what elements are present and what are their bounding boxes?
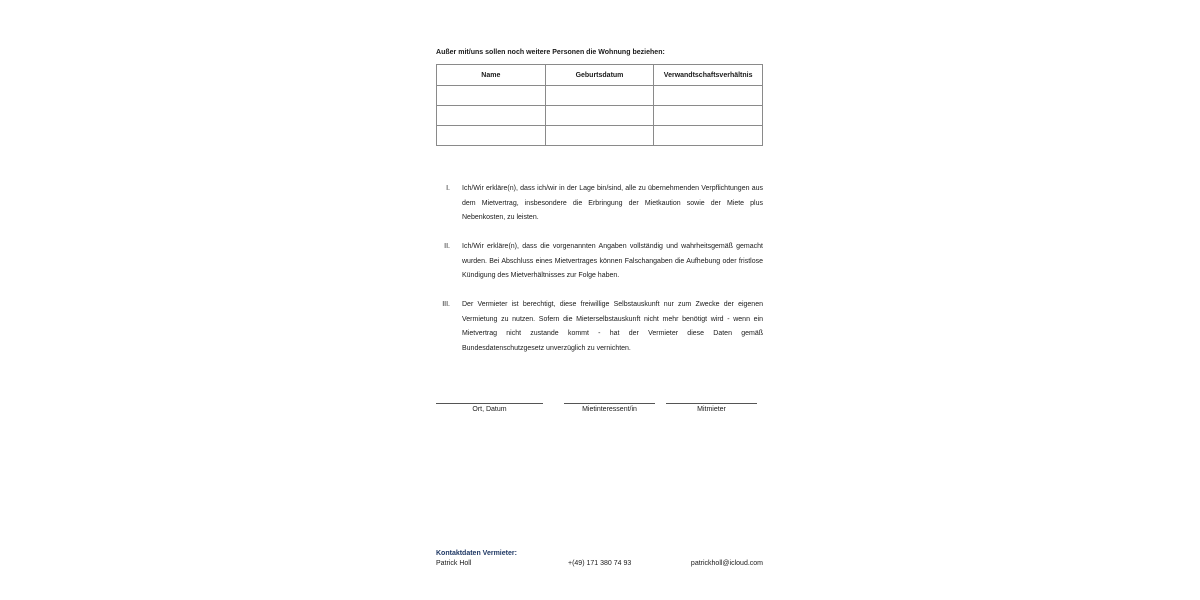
table-cell-name[interactable] <box>437 106 546 126</box>
signature-label-place-date: Ort, Datum <box>436 406 543 413</box>
additional-persons-table: Name Geburtsdatum Verwandtschaftsverhält… <box>436 64 763 146</box>
table-cell-name[interactable] <box>437 126 546 146</box>
declaration-number: I. <box>436 182 450 197</box>
signature-line-cotenant[interactable] <box>666 403 757 404</box>
persons-heading: Außer mit/uns sollen noch weitere Person… <box>436 49 665 56</box>
signature-line-applicant[interactable] <box>564 403 655 404</box>
table-row <box>437 86 763 106</box>
declaration-number: II. <box>436 240 450 255</box>
contact-email[interactable]: patrickholl@icloud.com <box>691 560 763 567</box>
contact-title: Kontaktdaten Vermieter: <box>436 550 517 557</box>
signature-label-cotenant: Mitmieter <box>666 406 757 413</box>
signature-line-place-date[interactable] <box>436 403 543 404</box>
table-row <box>437 126 763 146</box>
document-page: Außer mit/uns sollen noch weitere Person… <box>436 0 763 600</box>
declaration-text: Der Vermieter ist berechtigt, diese frei… <box>462 298 763 356</box>
table-cell-relationship[interactable] <box>654 126 763 146</box>
contact-name: Patrick Holl <box>436 560 471 567</box>
declaration-text: Ich/Wir erkläre(n), dass ich/wir in der … <box>462 182 763 226</box>
contact-phone: +(49) 171 380 74 93 <box>568 560 631 567</box>
table-cell-relationship[interactable] <box>654 86 763 106</box>
table-header-row: Name Geburtsdatum Verwandtschaftsverhält… <box>437 65 763 86</box>
table-cell-birthdate[interactable] <box>545 86 654 106</box>
signature-label-applicant: Mietinteressent/in <box>564 406 655 413</box>
table-cell-birthdate[interactable] <box>545 106 654 126</box>
declaration-text: Ich/Wir erkläre(n), dass die vorgenannte… <box>462 240 763 284</box>
column-header-birthdate: Geburtsdatum <box>545 65 654 86</box>
declaration-number: III. <box>436 298 450 313</box>
column-header-name: Name <box>437 65 546 86</box>
column-header-relationship: Verwandtschaftsverhältnis <box>654 65 763 86</box>
table-cell-name[interactable] <box>437 86 546 106</box>
table-cell-birthdate[interactable] <box>545 126 654 146</box>
table-cell-relationship[interactable] <box>654 106 763 126</box>
table-row <box>437 106 763 126</box>
